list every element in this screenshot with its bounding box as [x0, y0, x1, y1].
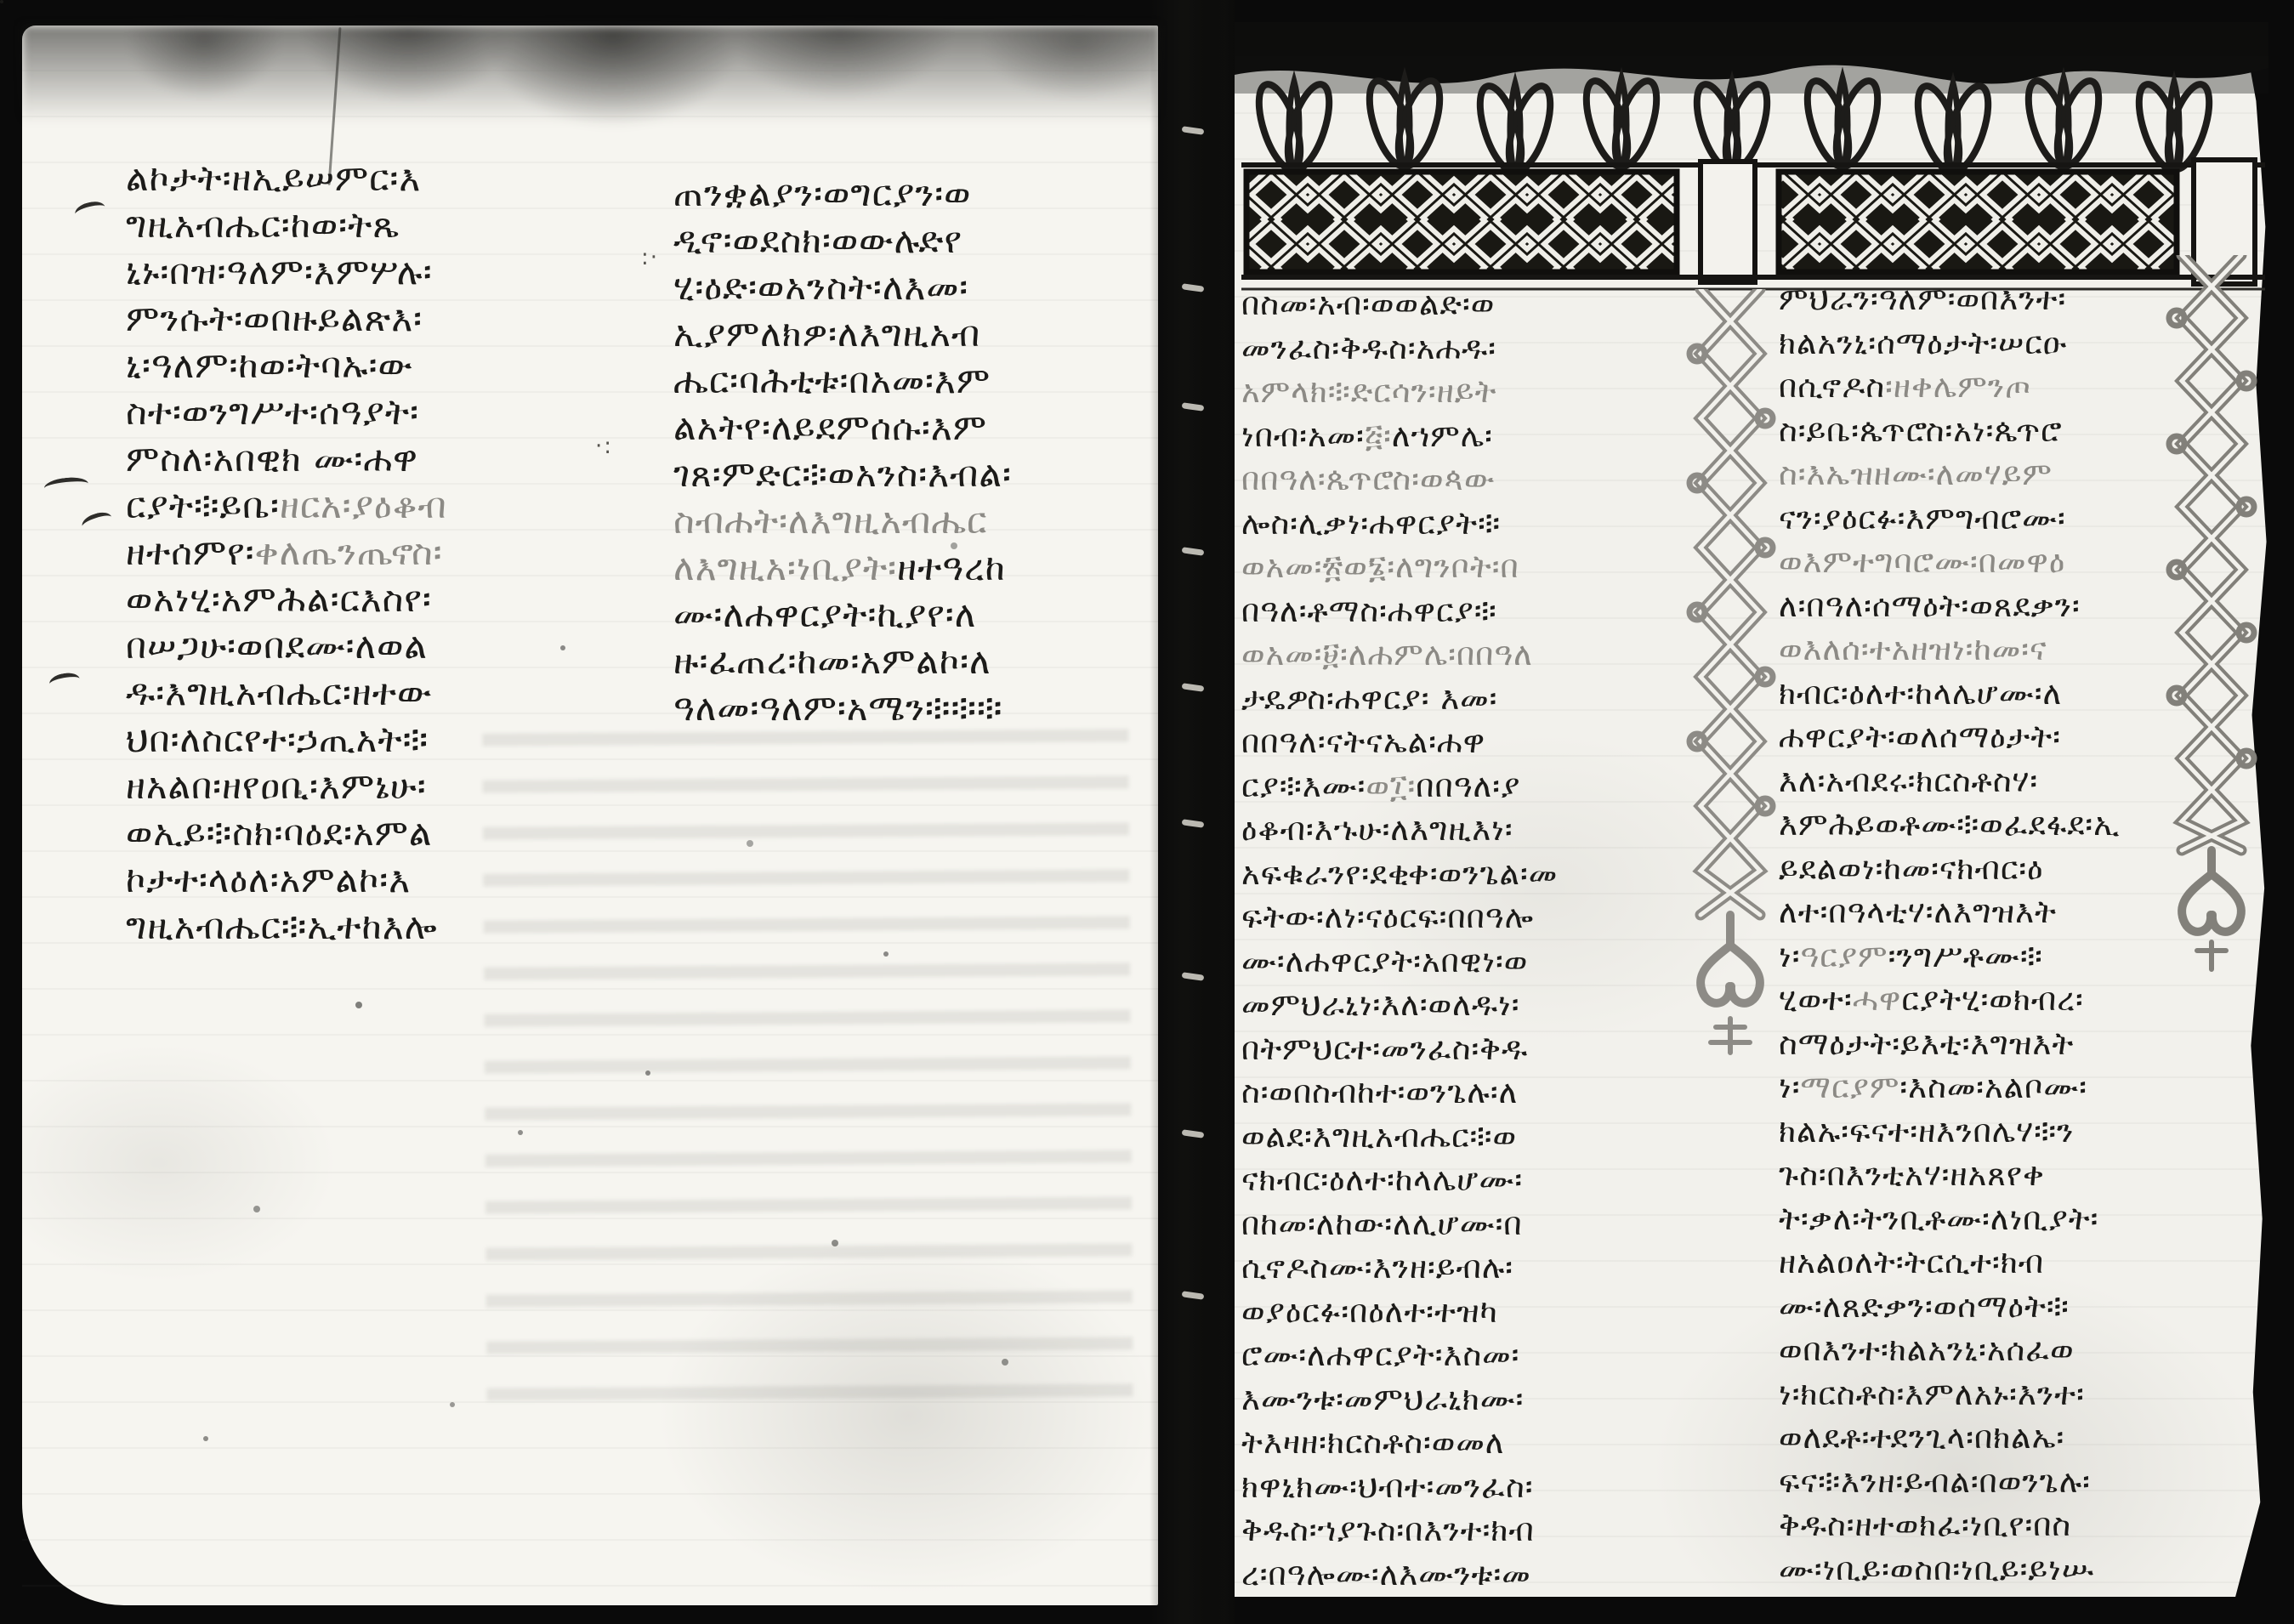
manuscript-photo: ልኮታት፡ዘኢይሠምር፡እግዚአብሔር፡ከወ፡ትጼኒኑ፡በዝ፡ዓለም፡እምሦሉ፡… [0, 0, 2294, 1624]
text-line: ዕቆብ፡እኁሁ፡ለእግዚእነ፡ [1241, 808, 1558, 852]
text-line: ስ፡ይቤ፡ጴጥሮስ፡አነ፡ጴጥሮ [1779, 409, 2121, 453]
text-line: በትምህርተ፡መንፈስ፡ቅዱ [1241, 1027, 1558, 1071]
text-line: ት፡ቃለ፡ትንቢቶሙ፡ለነቢያት፡ [1779, 1197, 2121, 1241]
text-line: ክልአንኒ፡ሰማዕታት፡ሠርዑ [1779, 321, 2121, 366]
text-line: ስብሐት፡ለእግዚአብሔር [673, 497, 1012, 544]
text-line: መምህራኒነ፡እለ፡ወለዱነ፡ [1241, 983, 1558, 1027]
text-line: ዘአልዐለት፡ትርሲተ፡ክብ [1779, 1241, 2121, 1285]
text-line: ወእለሰ፡ተአዘዝነ፡ከመ፡ና [1779, 627, 2121, 672]
text-line: ሔር፡ባሕቲቱ፡በአመ፡እም [673, 357, 1012, 404]
text-line: ርያት፨ይቤ፡ዘርአ፡ያዕቆብ [126, 482, 447, 529]
text-line: ስ፡እኤዝዘሙ፡ለመሃይም [1779, 452, 2121, 497]
parchment-specks [0, 0, 3, 3]
text-line: ወበእንተ፡ክልአንኒ፡አሰፈወ [1779, 1328, 2121, 1372]
text-line: ሙ፡ነቢይ፡ወስበ፡ነቢይ፡ይነሡ [1779, 1547, 2121, 1592]
text-line: ፍና፨እንዘ፡ይብል፡በወንጌሉ፡ [1779, 1460, 2121, 1504]
text-line: ሙ፡ለሐዋርያት፡ኪያየ፡ለ [673, 591, 1012, 638]
stitch [1182, 283, 1205, 292]
text-line: ገጸ፡ምድር፨ወአንስ፡እብል፡ [673, 451, 1012, 497]
stitch [1182, 683, 1205, 692]
text-line: ክዋኒክሙ፡ህብተ፡መንፈስ፡ [1241, 1465, 1558, 1509]
text-line: ወያዕርፉ፡በዕለተ፡ተዝካ [1241, 1290, 1558, 1334]
text-line: ኮታተ፡ላዕለ፡አምልኮ፡እ [126, 856, 447, 903]
text-line: ናን፡ያዕርፉ፡እምግብሮሙ፡ [1779, 497, 2121, 541]
text-line: ግዚአብሔር፨ኢተከእሎ [126, 903, 447, 950]
text-line: ምንሱት፡ወበዙይልጽእ፡ [126, 295, 447, 342]
text-line: ነ፡ማርያም፡እስመ፡አልቦሙ፡ [1779, 1065, 2121, 1110]
stitch [1182, 972, 1205, 981]
text-line: ነ፡ክርስቶስ፡እምለአኑ፡እንተ፡ [1779, 1372, 2121, 1417]
text-line: ለ፡በዓለ፡ሰማዕት፡ወጸደቃን፡ [1779, 584, 2121, 628]
text-line: ኢያምለክዎ፡ለእግዚአብ [673, 310, 1012, 357]
text-line: ለተ፡በዓላቲሃ፡ለእግዝእት [1779, 890, 2121, 934]
stitch [1182, 402, 1205, 412]
text-line: ወእምተግባሮሙ፡በመዋዕ [1779, 540, 2121, 584]
text-line: በከመ፡ለከው፡ለሊሆሙ፡በ [1241, 1202, 1558, 1246]
binding-gutter [1150, 0, 1238, 1624]
text-line: ወአመ፡፳ወ፮፡ለግንቦት፡በ [1241, 545, 1558, 589]
text-line: ስተ፡ወንግሥተ፡ሰዓያት፡ [126, 389, 447, 435]
text-line: በስመ፡አብ፡ወወልድ፡ወ [1241, 282, 1558, 327]
text-line: ግዚአብሔር፡ከወ፡ትጼ [126, 202, 447, 248]
text-line: ፍትው፡ለነ፡ናዕርፍ፡በበዓሎ [1241, 895, 1558, 940]
dot-mark: :· [641, 245, 659, 270]
text-line: ርያ፨እሙ፡ወ፲፡በበዓለ፡ያ [1241, 764, 1558, 809]
text-line: ለእግዚአ፡ነቢያት፡ዘተዓረከ [673, 544, 1012, 591]
text-line: ኒኑ፡በዝ፡ዓለም፡እምሦሉ፡ [126, 248, 447, 295]
text-line: ነበብ፡አመ፡፭፡ለኀምሌ፡ [1241, 414, 1558, 458]
text-line: ሐዋርያት፡ወለሰማዕታት፡ [1779, 715, 2121, 759]
text-line: በሲኖዶስ፡ዘቀሌምንጦ [1779, 365, 2121, 409]
stitch [1182, 126, 1205, 135]
text-line: ነ፡ዓርያም፡ንግሥቶሙ፨ [1779, 934, 2121, 979]
text-line: ይደልወነ፡ከመ፡ናክብር፡ዕ [1779, 847, 2121, 891]
text-line: ወኢይ፨ስክ፡ባዕደ፡አምል [126, 809, 447, 856]
text-line: ዓለመ፡ዓለም፡አሜን፨፨፨ [673, 684, 1012, 731]
text-line: ዱ፡እግዚአብሔር፡ዘተው [126, 669, 447, 716]
text-line: ጠንቋልያን፡ወግርያን፡ወ [673, 170, 1012, 217]
text-line: ኒ፡ዓለም፡ከወ፡ትባኡ፡ው [126, 342, 447, 389]
text-line: ሮሙ፡ለሐዋርያት፡እስመ፡ [1241, 1333, 1558, 1377]
text-line: ቅዱስ፡ዘተወክፈ፡ነቢየ፡በስ [1779, 1503, 2121, 1547]
text-line: ረ፡በዓሎሙ፡ለእሙንቱ፡መ [1241, 1553, 1558, 1597]
text-line: ወለደቶ፡ተደንጊላ፡በክልኤ፡ [1779, 1416, 2121, 1460]
text-line: በዓለ፡ቶማስ፡ሐዋርያ፨ [1241, 589, 1558, 633]
text-line: ስ፡ወበስብከተ፡ወንጌሉ፡ለ [1241, 1070, 1558, 1115]
text-line: ትእዛዘ፡ክርስቶስ፡ወመለ [1241, 1421, 1558, 1465]
text-line: ስማዕታት፡ይእቲ፡እግዝእት [1779, 1022, 2121, 1066]
text-line: እሙንቱ፡መምህራኒክሙ፡ [1241, 1377, 1558, 1422]
text-line: ክብር፡ዕለተ፡ከላሌሆሙ፡ለ [1779, 672, 2121, 716]
stitch [1182, 1129, 1205, 1139]
text-line: ሂ፡ዕድ፡ወአንስት፡ለእመ፡ [673, 264, 1012, 310]
text-line: ዘአልበ፡ዘየዐቢ፡እምኔሁ፡ [126, 763, 447, 809]
text-line: ዲኖ፡ወደስክ፡ወውሉድየ [673, 217, 1012, 264]
text-line: በበዓለ፡ናትናኤል፡ሐዋ [1241, 720, 1558, 764]
text-line: ምህራን፡ዓለም፡ወበእንተ፡ [1779, 277, 2121, 321]
dot-mark: ·: [595, 434, 613, 459]
text-line: ናክብር፡ዕለተ፡ከላሌሆሙ፡ [1241, 1158, 1558, 1202]
text-line: ጉስ፡በእንቲአሃ፡ዘአጸየቀ [1779, 1153, 2121, 1197]
right-page-column-2: ምህራን፡ዓለም፡ወበእንተ፡ክልአንኒ፡ሰማዕታት፡ሠርዑበሲኖዶስ፡ዘቀሌም… [1779, 277, 2121, 1591]
stitch [1182, 547, 1205, 556]
text-line: ምስለ፡አበዊክ ሙ፡ሐዋ [126, 435, 447, 482]
text-line: እለ፡አብደሩ፡ክርስቶስሃ፡ [1779, 759, 2121, 803]
text-line: ሙ፡ለጸድቃን፡ወሰማዕት፨ [1779, 1285, 2121, 1329]
text-line: ዙ፡ፈጠረ፡ከመ፡አምልኮ፡ለ [673, 638, 1012, 684]
text-line: በሠጋሁ፡ወበደሙ፡ለወል [126, 622, 447, 669]
text-line: ታዴዎስ፡ሐዋርያ፡ እመ፡ [1241, 677, 1558, 721]
text-line: ህበ፡ለስርየተ፡ኃጢአት፨ [126, 716, 447, 763]
text-line: ወአነሂ፡አምሕል፡ርእስየ፡ [126, 576, 447, 622]
text-line: አምላክ፨ድርሳን፡ዘይት [1241, 370, 1558, 414]
text-line: ልአትየ፡ለይደምሰሱ፡እም [673, 404, 1012, 451]
right-page-column-1: በስመ፡አብ፡ወወልድ፡ወመንፈስ፡ቅዱስ፡አሐዱ፡አምላክ፨ድርሳን፡ዘይትነ… [1241, 282, 1558, 1596]
text-line: እምሕይወቶሙ፨ወፈደፋደ፡ኢ [1779, 803, 2121, 847]
text-line: ዘተሰምየ፡ቀለጤንጤኖስ፡ [126, 529, 447, 576]
text-line: አፍቁራንየ፡ደቂቀ፡ወንጌል፡መ [1241, 852, 1558, 896]
text-line: ሙ፡ለሐዋርያት፡አበዊነ፡ወ [1241, 940, 1558, 984]
text-line: ሂወተ፡ሓዋርያትሂ፡ወክብረ፡ [1779, 978, 2121, 1022]
text-line: ወአመ፡፱፡ለሐምሌ፡በበዓለ [1241, 633, 1558, 677]
left-page-column-1: ልኮታት፡ዘኢይሠምር፡እግዚአብሔር፡ከወ፡ትጼኒኑ፡በዝ፡ዓለም፡እምሦሉ፡… [126, 155, 447, 950]
stitch [1182, 819, 1205, 828]
text-line: መንፈስ፡ቅዱስ፡አሐዱ፡ [1241, 327, 1558, 371]
text-line: ወልደ፡እግዚአብሔር፨ወ [1241, 1115, 1558, 1159]
stitch [1182, 1291, 1205, 1300]
left-page-column-2: ጠንቋልያን፡ወግርያን፡ወዲኖ፡ወደስክ፡ወውሉድየሂ፡ዕድ፡ወአንስት፡ለእ… [673, 170, 1012, 731]
text-line: ክልኡ፡ፍናተ፡ዘእንበሌሃ፨ን [1779, 1110, 2121, 1154]
text-line: ሎስ፡ሊቃነ፡ሐዋርያት፨ [1241, 502, 1558, 546]
text-line: በበዓለ፡ጴጥሮስ፡ወጳው [1241, 457, 1558, 502]
text-line: ሲኖዶስሙ፡እንዘ፡ይብሉ፡ [1241, 1246, 1558, 1290]
text-line: ልኮታት፡ዘኢይሠምር፡እ [126, 155, 447, 202]
text-line: ቅዱስ፡ኀያጉስ፡በእንተ፡ክብ [1241, 1508, 1558, 1553]
